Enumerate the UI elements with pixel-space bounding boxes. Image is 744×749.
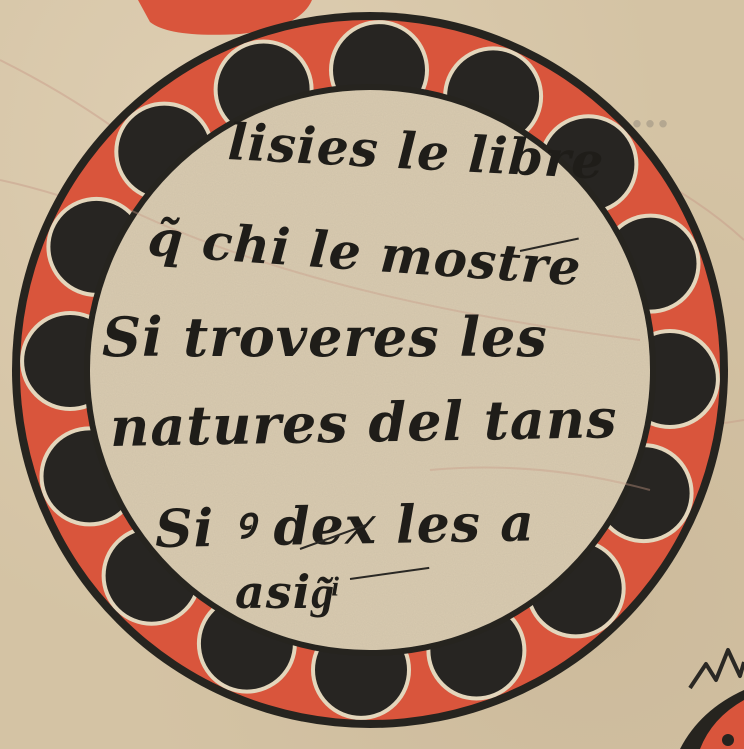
manuscript-page: … lisies le libre q̃ chi le mostre Si tr…: [0, 0, 744, 749]
margin-squiggle: [690, 650, 744, 688]
faint-margin-text: …: [630, 90, 670, 137]
